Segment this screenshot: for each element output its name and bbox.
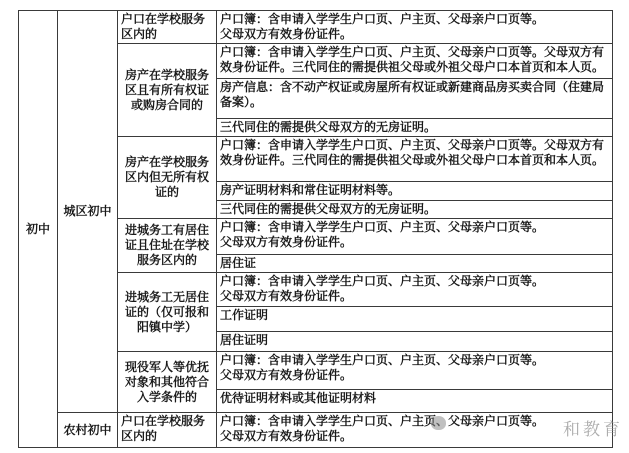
cell-requirement: 户口簿：含申请入学学生户口页、户主页、父母亲户口页等。 父母双方有效身份证件。 <box>217 352 613 390</box>
enrollment-requirements-table: 初中 城区初中 户口在学校服务区内的 户口簿：含申请入学学生户口页、户主页、父母… <box>18 10 612 443</box>
cell-school-type-urban: 城区初中 <box>58 11 118 413</box>
cell-requirement: 工作证明 <box>217 307 613 332</box>
cell-category-military-preferential: 现役军人等优抚对象和其他符合入学条件的 <box>118 352 217 413</box>
cell-requirement: 户口簿：含申请入学学生户口页、户主页、父母亲户口页等。 父母双方有效身份证件。 <box>217 273 613 307</box>
cell-category-property-no-deed: 房产在学校服务区内但无所有权证的 <box>118 137 217 219</box>
cell-level: 初中 <box>19 11 58 448</box>
cell-requirement: 户口簿：含申请入学学生户口页、户主页、父母亲户口页等。父母双方有效身份证件。三代… <box>217 137 613 182</box>
cell-requirement: 户口簿：含申请入学学生户口页、户主页、父母亲户口页等。父母双方有效身份证件。三代… <box>217 44 613 79</box>
cell-category-migrant-no-permit: 进城务工无居住证的（仅可报和阳镇中学） <box>118 273 217 352</box>
cell-category-rural-hukou: 户口在学校服务区内的 <box>118 413 217 448</box>
document-page: { "doc": { "level": "初中", "sections": [ … <box>0 0 629 453</box>
cell-category-migrant-with-permit: 进城务工有居住证且住址在学校服务区内的 <box>118 219 217 273</box>
cell-requirement: 户口簿：含申请入学学生户口页、户主页、父母亲户口页等。 父母双方有效身份证件。 <box>217 219 613 255</box>
cell-requirement: 户口簿：含申请入学学生户口页、户主页、父母亲户口页等。 父母双方有效身份证件。 <box>217 413 613 448</box>
cell-requirement: 居住证 <box>217 255 613 273</box>
cell-school-type-rural: 农村初中 <box>58 413 118 448</box>
cell-requirement: 三代同住的需提供父母双方的无房证明。 <box>217 201 613 219</box>
requirements-table: 初中 城区初中 户口在学校服务区内的 户口簿：含申请入学学生户口页、户主页、父母… <box>18 10 613 448</box>
cell-category-hukou-in-district: 户口在学校服务区内的 <box>118 11 217 44</box>
cell-requirement: 房产信息：含不动产权证或房屋所有权证或新建商品房买卖合同（住建局备案）。 <box>217 79 613 119</box>
requirement-text: 户口簿：含申请入学学生户口页、户主页、父母亲户口页等。父母双方有效身份证件。三代… <box>220 45 609 75</box>
table-row: 初中 城区初中 户口在学校服务区内的 户口簿：含申请入学学生户口页、户主页、父母… <box>19 11 613 44</box>
table-row: 农村初中 户口在学校服务区内的 户口簿：含申请入学学生户口页、户主页、父母亲户口… <box>19 413 613 448</box>
cell-requirement: 户口簿：含申请入学学生户口页、户主页、父母亲户口页等。 父母双方有效身份证件。 <box>217 11 613 44</box>
cell-requirement: 三代同住的需提供父母双方的无房证明。 <box>217 119 613 137</box>
cell-requirement: 优待证明材料或其他证明材料 <box>217 390 613 413</box>
cell-requirement: 居住证明 <box>217 332 613 352</box>
cell-category-property-with-deed: 房产在学校服务区且有所有权证或购房合同的 <box>118 44 217 137</box>
cell-requirement: 房产证明材料和常住证明材料等。 <box>217 182 613 201</box>
